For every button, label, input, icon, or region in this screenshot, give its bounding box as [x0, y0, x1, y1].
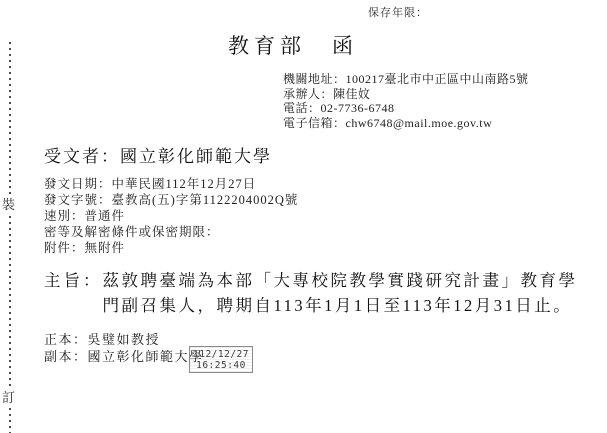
subject-text: 茲敦聘臺端為本部「大專校院教學實踐研究計畫」教育學門副召集人，聘期自113年1月… — [103, 268, 591, 318]
binding-dotted-line — [9, 42, 11, 433]
stamp-time: 16:25:40 — [193, 360, 249, 371]
secrecy-line: 密等及解密條件或保密期限： — [44, 224, 298, 240]
issue-number-line: 發文字號：臺教高(五)字第1122204002Q號 — [44, 192, 298, 208]
stamp-date: 112/12/27 — [193, 349, 249, 360]
binding-mark-ding: 訂 — [2, 388, 15, 407]
attachment-line: 附件：無附件 — [44, 240, 298, 256]
copies-block: 正本：吳璧如教授 副本：國立彰化師範大學 — [44, 331, 204, 365]
issue-date-line: 發文日期：中華民國112年12月27日 — [44, 176, 298, 192]
recipient-line: 受文者：國立彰化師範大學 — [44, 142, 272, 167]
document-meta-block: 發文日期：中華民國112年12月27日 發文字號：臺教高(五)字第1122204… — [44, 176, 298, 256]
speed-line: 速別：普通件 — [44, 208, 298, 224]
sender-email: 電子信箱：chw6748@mail.moe.gov.tw — [283, 116, 529, 131]
retention-period-label: 保存年限： — [368, 4, 428, 20]
official-letter-page: 裝 訂 保存年限： 教育部 函 機關地址：100217臺北市中正區中山南路5號 … — [0, 0, 607, 433]
sender-address: 機關地址：100217臺北市中正區中山南路5號 — [283, 72, 529, 87]
sender-handler: 承辦人：陳佳妏 — [283, 87, 529, 102]
cc-copy-line: 副本：國立彰化師範大學 — [44, 348, 204, 365]
subject-block: 主旨： 茲敦聘臺端為本部「大專校院教學實踐研究計畫」教育學門副召集人，聘期自11… — [44, 268, 591, 318]
subject-label: 主旨： — [44, 268, 103, 293]
received-datetime-stamp: 112/12/27 16:25:40 — [189, 346, 253, 373]
document-title: 教育部 函 — [228, 30, 358, 60]
sender-phone: 電話：02-7736-6748 — [283, 101, 529, 116]
original-copy-line: 正本：吳璧如教授 — [44, 331, 204, 348]
binding-mark-zhuang: 裝 — [2, 195, 15, 214]
sender-contact-block: 機關地址：100217臺北市中正區中山南路5號 承辦人：陳佳妏 電話：02-77… — [283, 72, 529, 130]
